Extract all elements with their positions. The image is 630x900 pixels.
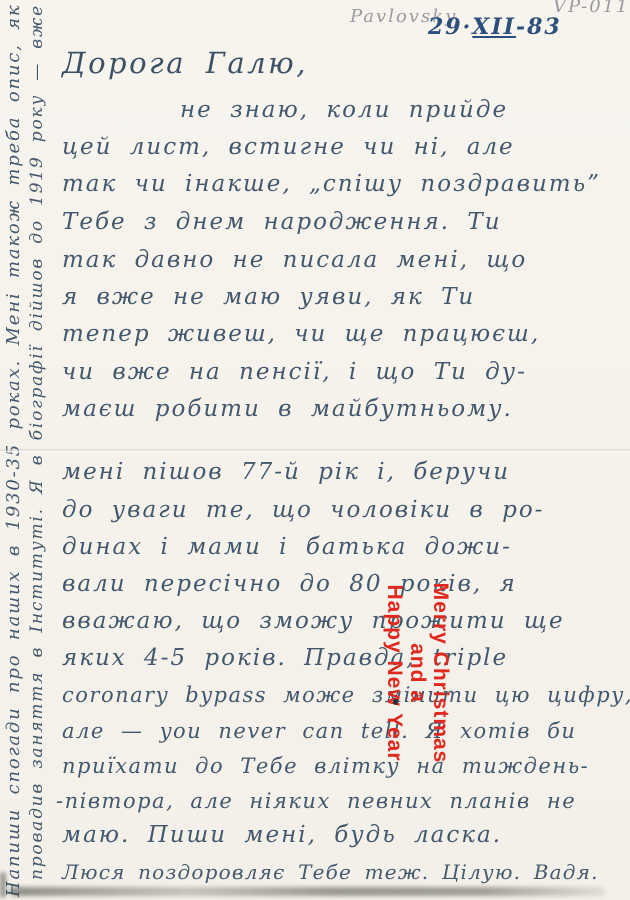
scan-edge-smudge-bottom bbox=[10, 887, 605, 896]
letter-line: вважаю, що зможу прожити ще bbox=[62, 608, 565, 634]
letter-line: Тебе з днем народження. Ти bbox=[62, 209, 502, 235]
letter-line: приїхати до Тебе влітку на тиждень- bbox=[62, 754, 589, 778]
letter-line: чи вже на пенсії, і що Ти ду- bbox=[62, 359, 527, 385]
date-year: -83 bbox=[516, 14, 562, 40]
stamp-line-3: Happy New Year bbox=[383, 561, 406, 785]
date-month-roman: XII bbox=[472, 14, 516, 40]
letter-signature: Люся поздоровляє Тебе теж. Цілую. Вадя. bbox=[62, 860, 599, 884]
letter-line: але — you never can tell. Я хотів би bbox=[62, 719, 576, 743]
margin-note-line-2: провадив заняття в Інституті. Я в біогра… bbox=[27, 8, 47, 880]
letter-line: не знаю, коли прийде bbox=[180, 97, 508, 123]
letter-line: маєш робити в майбутньому. bbox=[62, 396, 513, 422]
letter-line: мені пішов 77-й рік і, беручи bbox=[62, 459, 510, 485]
stamp-line-2: and a bbox=[406, 561, 429, 785]
letter-line: маю. Пиши мені, будь ласка. bbox=[62, 822, 502, 848]
letter-line: так давно не писала мені, що bbox=[62, 247, 527, 273]
date-day: 29· bbox=[428, 14, 472, 40]
holiday-greeting-stamp: Merry Christmas and a Happy New Year bbox=[383, 561, 452, 785]
stamp-line-1: Merry Christmas bbox=[429, 561, 452, 785]
letter-line: я вже не маю уяви, як Ти bbox=[62, 284, 475, 310]
letter-line: динах і мами і батька дожи- bbox=[62, 534, 512, 560]
letter-line: тепер живеш, чи ще працюєш, bbox=[62, 321, 540, 347]
letter-salutation: Дорога Галю, bbox=[62, 46, 308, 80]
margin-note-line-1: Напиши спогади про наших в 1930-35 роках… bbox=[3, 5, 24, 897]
catalog-number-annotation: VP-011 bbox=[553, 0, 630, 17]
letter-line: coronary bypass може змінити цю цифру, bbox=[62, 683, 630, 707]
scanned-letter-page: Pavlovsky VP-011 29·XII-83 Напиши спогад… bbox=[0, 0, 630, 900]
ink-dot-artifact bbox=[393, 699, 398, 705]
handwritten-date: 29·XII-83 bbox=[428, 14, 562, 40]
letter-line: так чи інакше, „спішу поздравить” bbox=[62, 171, 601, 197]
paper-crease bbox=[0, 448, 630, 453]
letter-line: до уваги те, що чоловіки в ро- bbox=[62, 497, 544, 523]
letter-line: цей лист, встигне чи ні, але bbox=[62, 134, 515, 160]
letter-line: -півтора, але ніяких певних планів не bbox=[56, 789, 576, 813]
scan-edge-smudge-left bbox=[0, 872, 6, 898]
